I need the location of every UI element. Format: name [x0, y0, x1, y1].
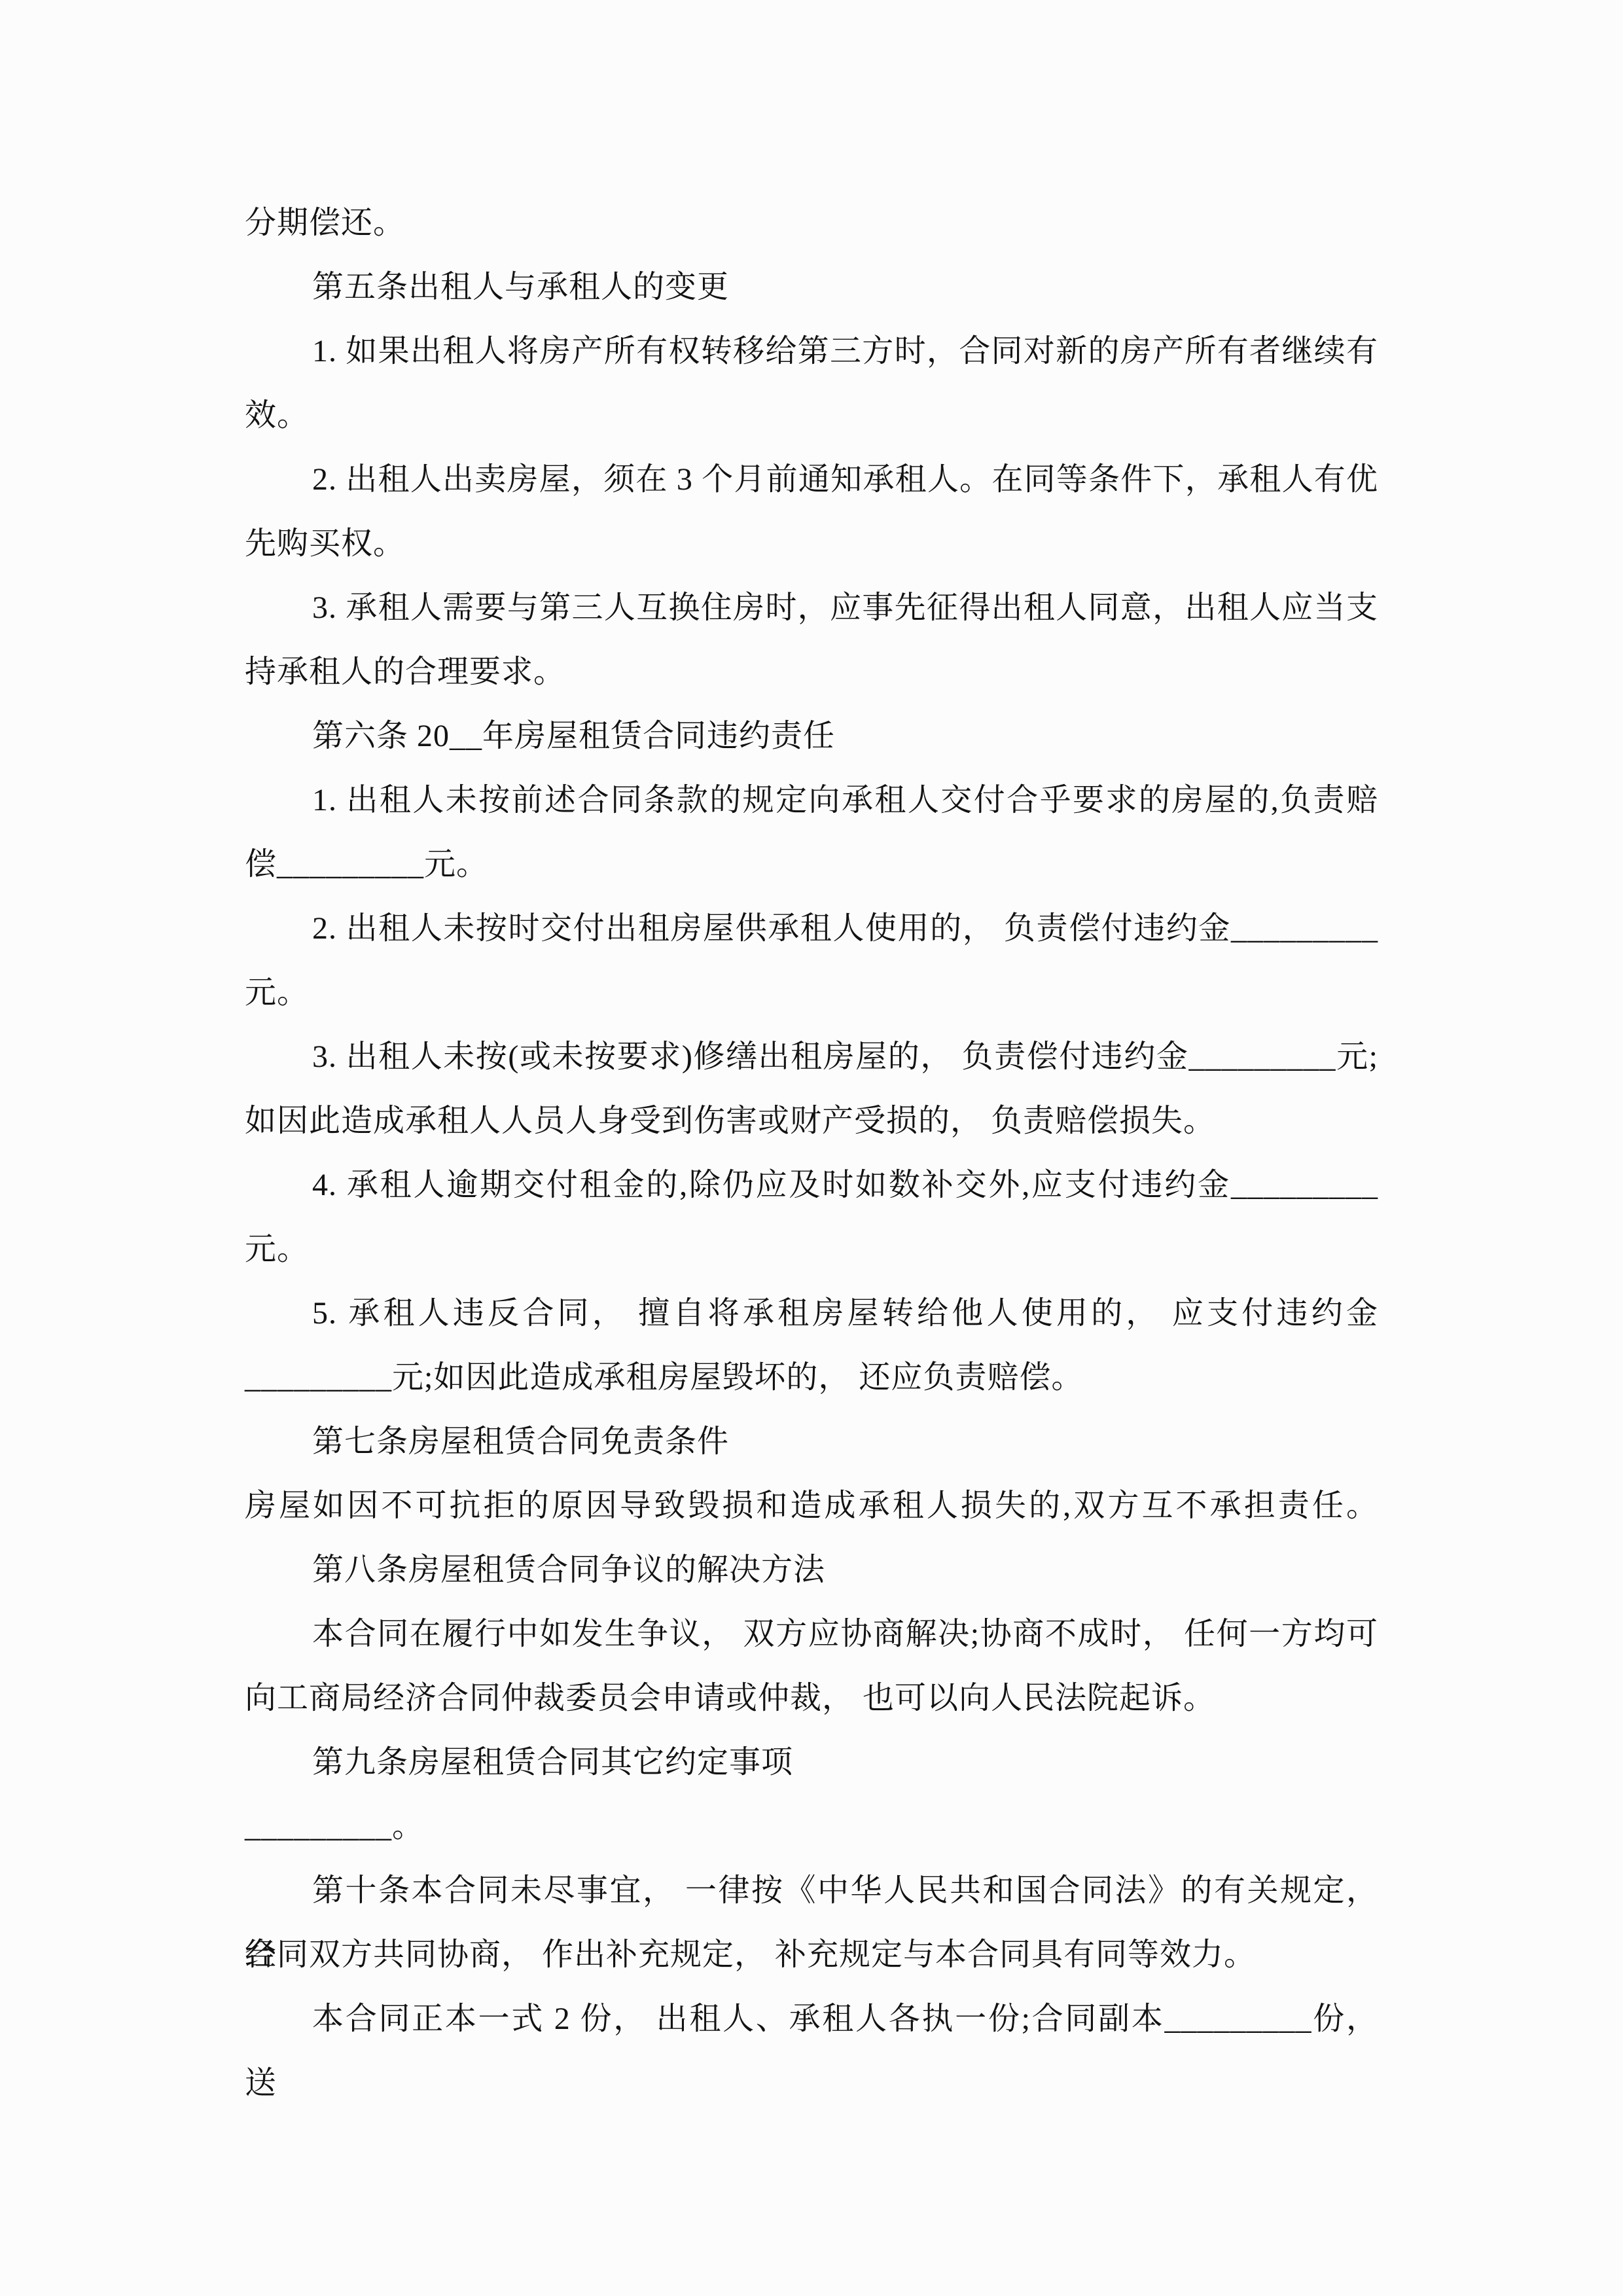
text-line: 第九条房屋租赁合同其它约定事项	[245, 1731, 1378, 1795]
text-line: 分期偿还。	[245, 191, 1378, 255]
text-line: 1. 如果出租人将房产所有权转移给第三方时，合同对新的房产所有者继续有	[245, 319, 1378, 384]
text-line: 元。	[245, 1217, 1378, 1282]
text-line: 第五条出租人与承租人的变更	[245, 255, 1378, 319]
text-line: 第八条房屋租赁合同争议的解决方法	[245, 1538, 1378, 1602]
text-line: 合同双方共同协商， 作出补充规定， 补充规定与本合同具有同等效力。	[245, 1923, 1378, 1987]
text-line: 持承租人的合理要求。	[245, 640, 1378, 704]
text-line: 2. 出租人未按时交付出租房屋供承租人使用的， 负责偿付违约金_________	[245, 897, 1378, 961]
text-line: 房屋如因不可抗拒的原因导致毁损和造成承租人损失的,双方互不承担责任。	[245, 1474, 1378, 1538]
text-line: 第六条 20__年房屋租赁合同违约责任	[245, 704, 1378, 768]
text-line: 如因此造成承租人人员人身受到伤害或财产受损的， 负责赔偿损失。	[245, 1089, 1378, 1153]
text-line: 4. 承租人逾期交付租金的,除仍应及时如数补交外,应支付违约金_________	[245, 1153, 1378, 1217]
text-line: 本合同在履行中如发生争议， 双方应协商解决;协商不成时， 任何一方均可	[245, 1602, 1378, 1666]
contract-page: 分期偿还。第五条出租人与承租人的变更1. 如果出租人将房产所有权转移给第三方时，…	[0, 0, 1623, 2296]
text-line: 偿_________元。	[245, 833, 1378, 897]
text-line: 1. 出租人未按前述合同条款的规定向承租人交付合乎要求的房屋的,负责赔	[245, 768, 1378, 833]
text-line: _________。	[245, 1795, 1378, 1859]
text-line: _________元;如因此造成承租房屋毁坏的， 还应负责赔偿。	[245, 1346, 1378, 1410]
text-line: 先购买权。	[245, 512, 1378, 576]
text-line: 向工商局经济合同仲裁委员会申请或仲裁， 也可以向人民法院起诉。	[245, 1666, 1378, 1731]
text-line: 本合同正本一式 2 份， 出租人、承租人各执一份;合同副本_________份，…	[245, 1987, 1378, 2051]
text-line: 第七条房屋租赁合同免责条件	[245, 1410, 1378, 1474]
text-line: 第十条本合同未尽事宜， 一律按《中华人民共和国合同法》的有关规定， 经	[245, 1859, 1378, 1923]
text-line: 效。	[245, 384, 1378, 448]
text-line: 5. 承租人违反合同， 擅自将承租房屋转给他人使用的， 应支付违约金	[245, 1282, 1378, 1346]
text-line: 3. 承租人需要与第三人互换住房时，应事先征得出租人同意，出租人应当支	[245, 576, 1378, 640]
text-line: 元。	[245, 961, 1378, 1025]
text-line: 2. 出租人出卖房屋，须在 3 个月前通知承租人。在同等条件下，承租人有优	[245, 448, 1378, 512]
document-body: 分期偿还。第五条出租人与承租人的变更1. 如果出租人将房产所有权转移给第三方时，…	[245, 191, 1378, 2051]
text-line: 3. 出租人未按(或未按要求)修缮出租房屋的， 负责偿付违约金_________…	[245, 1025, 1378, 1089]
